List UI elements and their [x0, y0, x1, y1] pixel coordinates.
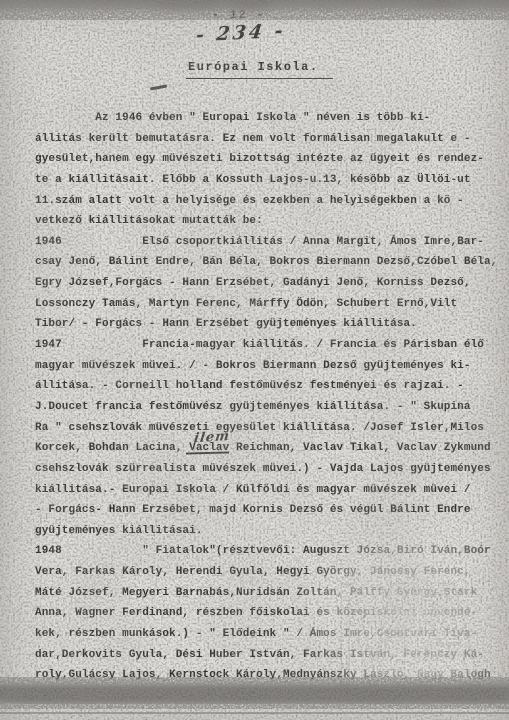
text-line: Lossonczy Tamás, Martyn Ferenc, Márffy Ö…	[35, 298, 495, 319]
text-line: Az 1946 évben " Europai Iskola " néven i…	[35, 112, 495, 133]
text-line: Ra " csehszlovák müvészeti egyesület kiá…	[35, 422, 495, 443]
text-line: - Forgács- Hann Erzsébet, majd Kornis De…	[35, 504, 495, 525]
text-line: csay Jenő, Bálint Endre, Bán Béla, Bokro…	[35, 256, 495, 277]
text-line: J.Doucet francia festőmüvész gyüjteménye…	[35, 401, 495, 422]
text-line: 11.szám alatt volt a helyisége és ezekbe…	[35, 195, 495, 216]
text-line: csehszlovák szürrealista müvészek müvei.…	[35, 463, 495, 484]
text-line: kek, részben munkások.) - " Elődeink " /…	[35, 628, 495, 649]
text-line: magyar müvészek müvei. / - Bokros Bierma…	[35, 360, 495, 381]
scan-smudge-bottom	[0, 686, 509, 702]
text-line: 1947 Francia-magyar kiállitás. / Francia…	[35, 339, 495, 360]
text-line: gyüjteményes kiállitásai.	[35, 525, 495, 546]
text-line: állitás került bemutatásra. Ez nem volt …	[35, 133, 495, 154]
handwritten-correction: ilem	[193, 429, 231, 447]
document-body: Az 1946 évben " Europai Iskola " néven i…	[35, 112, 495, 690]
text-line: Máté József, Megyeri Barnabás,Nuridsán Z…	[35, 587, 495, 608]
text-line: 1946 Első csoportkiállitás / Anna Margit…	[35, 236, 495, 257]
text-line: kiállitása.- Europai Iskola / Külföldi é…	[35, 484, 495, 505]
text-line: Korcek, Bohdan Lacina, Vaclav Reichman, …	[35, 442, 495, 463]
text-line: Egry József,Forgács - Hann Erzsébet, Gad…	[35, 277, 495, 298]
text-line: gyesület,hanem egy müvészeti bizottság i…	[35, 153, 495, 174]
text-line: Vera, Farkas Károly, Herendi Gyula, Hegy…	[35, 566, 495, 587]
text-line: 1948 " Fiatalok"(résztvevői: Auguszt Józ…	[35, 545, 495, 566]
text-line: vetkező kiállitásokat mutatták be:	[35, 215, 495, 236]
text-line: te a kiállitásait. Előbb a Kossuth Lajos…	[35, 174, 495, 195]
scan-edge-line	[0, 712, 509, 714]
page-number-handwritten: - 234 -	[195, 20, 287, 47]
scanned-document-page: - 12 - - 234 - Európai Iskola. MA Az 194…	[0, 0, 509, 720]
text-line: Anna, Wagner Ferdinand, részben főiskola…	[35, 607, 495, 628]
page-title: Európai Iskola.	[186, 60, 333, 79]
text-line: dar,Derkovits Gyula, Dési Huber István, …	[35, 649, 495, 670]
pen-mark	[150, 85, 167, 90]
text-line: Tibor/ - Forgács - Hann Erzsébet gyüjtem…	[35, 318, 495, 339]
text-line: állitása. - Corneill holland festőmüvész…	[35, 380, 495, 401]
